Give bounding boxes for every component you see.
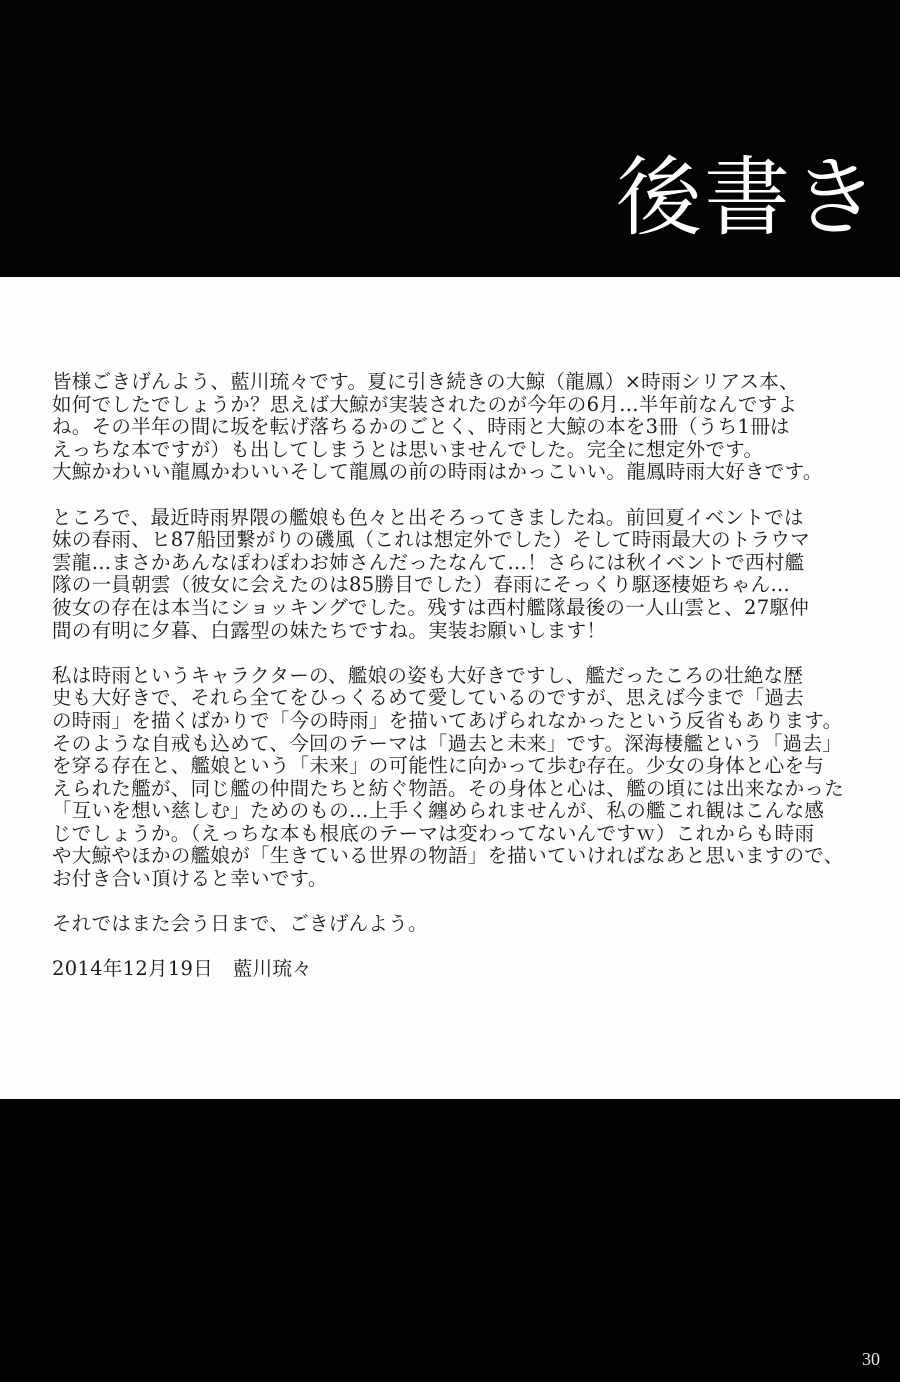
text-line: えっちな本ですが）も出してしまうとは思いませんでした。完全に想定外です。 bbox=[52, 439, 832, 462]
signature-date: 2014年12月19日 藍川琉々 bbox=[52, 958, 832, 981]
text-line: 私は時雨というキャラクターの、艦娘の姿も大好きですし、艦だったころの壮絶な歴 bbox=[52, 665, 832, 688]
text-line: 間の有明に夕暮、白露型の妹たちですね。実装お願いします！ bbox=[52, 620, 832, 643]
text-line: 大鯨かわいい龍鳳かわいいそして龍鳳の前の時雨はかっこいい。龍鳳時雨大好きです。 bbox=[52, 461, 832, 484]
text-line: ね。その半年の間に坂を転げ落ちるかのごとく、時雨と大鯨の本を3冊（うち1冊は bbox=[52, 416, 832, 439]
afterword-body: 皆様ごきげんよう、藍川琉々です。夏に引き続きの大鯨（龍鳳）×時雨シリアス本、 如… bbox=[0, 277, 900, 1099]
page-title: 後書き bbox=[616, 148, 880, 248]
text-line: や大鯨やほかの艦娘が「生きている世界の物語」を描いていければなあと思いますので、 bbox=[52, 845, 832, 868]
paragraph-recent-shipgirls: ところで、最近時雨界隈の艦娘も色々と出そろってきましたね。前回夏イベントでは 妹… bbox=[52, 507, 832, 643]
text-line: 「互いを想い慈しむ」ためのもの…上手く纏められませんが、私の艦これ観はこんな感 bbox=[52, 800, 832, 823]
text-line: お付き合い頂けると幸いです。 bbox=[52, 868, 832, 891]
text-line: じでしょうか。（えっちな本も根底のテーマは変わってないんですｗ）これからも時雨 bbox=[52, 823, 832, 846]
text-line: の時雨」を描くばかりで「今の時雨」を描いてあげられなかったという反省もあります。 bbox=[52, 710, 832, 733]
text-line: 皆様ごきげんよう、藍川琉々です。夏に引き続きの大鯨（龍鳳）×時雨シリアス本、 bbox=[52, 371, 832, 394]
text-line: 如何でしたでしょうか？思えば大鯨が実装されたのが今年の6月…半年前なんですよ bbox=[52, 394, 832, 417]
paragraph-greeting: 皆様ごきげんよう、藍川琉々です。夏に引き続きの大鯨（龍鳳）×時雨シリアス本、 如… bbox=[52, 371, 832, 484]
text-line: を穿る存在と、艦娘という「未来」の可能性に向かって歩む存在。少女の身体と心を与 bbox=[52, 755, 832, 778]
text-line: そのような自戒も込めて、今回のテーマは「過去と未来」です。深海棲艦という「過去」 bbox=[52, 733, 832, 756]
text-line: 妹の春雨、ヒ87船団繋がりの磯風（これは想定外でした）そして時雨最大のトラウマ bbox=[52, 529, 832, 552]
header-band: 後書き bbox=[0, 0, 900, 277]
text-line: それではまた会う日まで、ごきげんよう。 bbox=[52, 913, 832, 936]
afterword-text: 皆様ごきげんよう、藍川琉々です。夏に引き続きの大鯨（龍鳳）×時雨シリアス本、 如… bbox=[52, 371, 832, 1004]
text-line: ところで、最近時雨界隈の艦娘も色々と出そろってきましたね。前回夏イベントでは bbox=[52, 507, 832, 530]
text-line: 隊の一員朝雲（彼女に会えたのは85勝目でした）春雨にそっくり駆逐棲姫ちゃん… bbox=[52, 574, 832, 597]
text-line: えられた艦が、同じ艦の仲間たちと紡ぐ物語。その身体と心は、艦の頃には出来なかった bbox=[52, 778, 832, 801]
text-line: 雲龍…まさかあんなぽわぽわお姉さんだったなんて…！さらには秋イベントで西村艦 bbox=[52, 552, 832, 575]
paragraph-farewell: それではまた会う日まで、ごきげんよう。 bbox=[52, 913, 832, 936]
text-line: 彼女の存在は本当にショッキングでした。残すは西村艦隊最後の一人山雲と、27駆仲 bbox=[52, 597, 832, 620]
paragraph-theme: 私は時雨というキャラクターの、艦娘の姿も大好きですし、艦だったころの壮絶な歴 史… bbox=[52, 665, 832, 891]
text-line: 史も大好きで、それら全てをひっくるめて愛しているのですが、思えば今まで「過去 bbox=[52, 687, 832, 710]
footer-band: 30 bbox=[0, 1099, 900, 1382]
page-number: 30 bbox=[862, 1349, 880, 1370]
date-and-author: 2014年12月19日 藍川琉々 bbox=[52, 958, 832, 981]
